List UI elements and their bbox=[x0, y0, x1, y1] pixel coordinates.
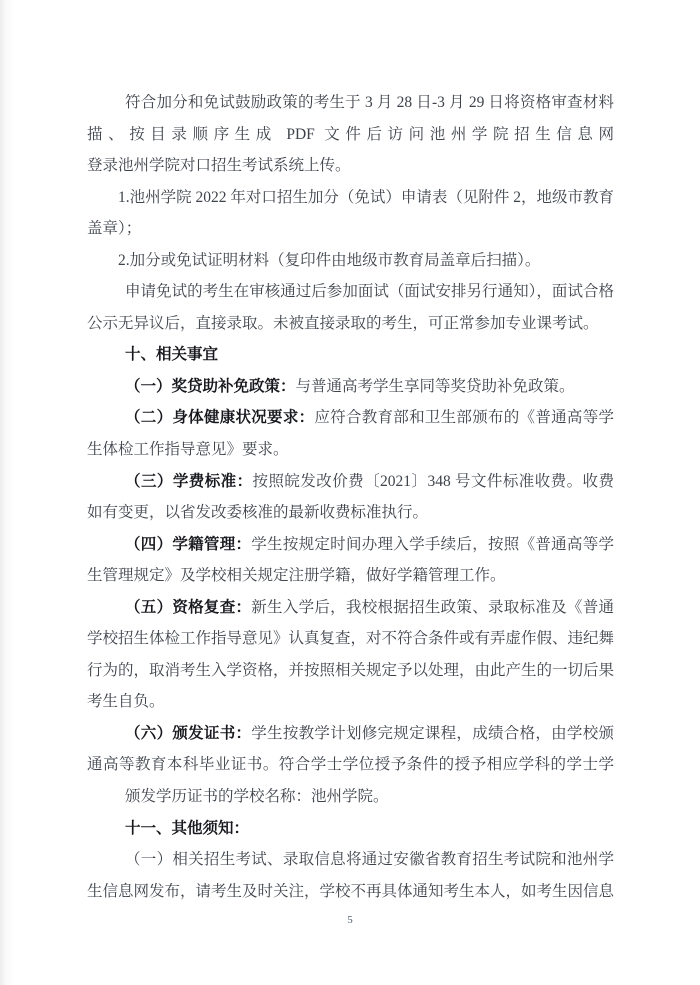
text-line: 申请免试的考生在审核通过后参加面试（面试安排另行通知），面试合格经 bbox=[87, 276, 614, 308]
text-line: 符合加分和免试鼓励政策的考生于 3 月 28 日-3 月 29 日将资格审查材料… bbox=[87, 87, 614, 119]
bold-text: （六）颁发证书： bbox=[125, 725, 251, 742]
body-text: 通高等教育本科毕业证书。符合学士学位授予条件的授予相应学科的学士学位。 bbox=[87, 756, 614, 781]
text-line: 描、按目录顺序生成 PDF 文件后访问池州学院招生信息网（http://zs.c… bbox=[87, 119, 614, 151]
text-line: 十一、其他须知： bbox=[87, 813, 614, 845]
body-text: 行为的，取消考生入学资格，并按照相关规定予以处理，由此产生的一切后果由 bbox=[87, 662, 614, 687]
bold-text: 十一、其他须知： bbox=[125, 820, 249, 837]
paragraph: （一）奖贷助补免政策：与普通高考学生享同等奖贷助补免政策。 bbox=[87, 371, 614, 403]
bold-text: （三）学费标准： bbox=[125, 473, 253, 490]
text-line: 公示无异议后，直接录取。未被直接录取的考生，可正常参加专业课考试。 bbox=[87, 308, 614, 340]
body-text: 生管理规定》及学校相关规定注册学籍，做好学籍管理工作。 bbox=[87, 567, 506, 584]
bold-text: （一）奖贷助补免政策： bbox=[125, 378, 296, 395]
body-text: 生信息网发布，请考生及时关注，学校不再具体通知考生本人，如考生因信息未 bbox=[87, 883, 614, 908]
paragraph: （三）学费标准：按照皖发改价费〔2021〕348 号文件标准收费。收费标准如有变… bbox=[87, 466, 614, 529]
text-line: 生信息网发布，请考生及时关注，学校不再具体通知考生本人，如考生因信息未 bbox=[87, 876, 614, 908]
text-line: 考生自负。 bbox=[87, 686, 614, 718]
text-line: （二）身体健康状况要求：应符合教育部和卫生部颁布的《普通高等学校招 bbox=[87, 402, 614, 434]
text-line: 1.池州学院 2022 年对口招生加分（免试）申请表（见附件 2，地级市教育局 bbox=[87, 182, 614, 214]
body-text: 描、按目录顺序生成 PDF 文件后访问池州学院招生信息网（http://zs.c… bbox=[87, 126, 614, 151]
text-line: 生体检工作指导意见》要求。 bbox=[87, 434, 614, 466]
text-line: 行为的，取消考生入学资格，并按照相关规定予以处理，由此产生的一切后果由 bbox=[87, 655, 614, 687]
body-text: 学校招生体检工作指导意见》认真复查，对不符合条件或有弄虚作假、违纪舞弊 bbox=[87, 630, 614, 655]
bold-text: （二）身体健康状况要求： bbox=[125, 409, 314, 426]
text-line: （四）学籍管理：学生按规定时间办理入学手续后，按照《普通高等学校学 bbox=[87, 529, 614, 561]
bold-text: 十、相关事宜 bbox=[125, 346, 218, 363]
paragraph: （五）资格复查：新生入学后，我校根据招生政策、录取标准及《普通高等学校招生体检工… bbox=[87, 592, 614, 718]
body-text: 生体检工作指导意见》要求。 bbox=[87, 441, 289, 458]
text-line: 颁发学历证书的学校名称：池州学院。 bbox=[87, 781, 614, 813]
body-text: 颁发学历证书的学校名称：池州学院。 bbox=[125, 788, 389, 805]
body-text: 符合加分和免试鼓励政策的考生于 3 月 28 日-3 月 29 日将资格审查材料… bbox=[87, 94, 614, 119]
paragraph: 颁发学历证书的学校名称：池州学院。 bbox=[87, 781, 614, 813]
document-page: 符合加分和免试鼓励政策的考生于 3 月 28 日-3 月 29 日将资格审查材料… bbox=[0, 0, 700, 985]
body-text: 考生自负。 bbox=[87, 693, 165, 710]
body-text: （一）相关招生考试、录取信息将通过安徽省教育招生考试院和池州学院招 bbox=[87, 851, 614, 876]
text-line: （三）学费标准：按照皖发改价费〔2021〕348 号文件标准收费。收费标准 bbox=[87, 466, 614, 498]
body-text: 申请免试的考生在审核通过后参加面试（面试安排另行通知），面试合格经 bbox=[87, 283, 614, 308]
paragraph: （二）身体健康状况要求：应符合教育部和卫生部颁布的《普通高等学校招生体检工作指导… bbox=[87, 402, 614, 465]
bold-text: （五）资格复查： bbox=[125, 599, 251, 616]
paragraph: （一）相关招生考试、录取信息将通过安徽省教育招生考试院和池州学院招生信息网发布，… bbox=[87, 844, 614, 907]
paragraph: （四）学籍管理：学生按规定时间办理入学手续后，按照《普通高等学校学生管理规定》及… bbox=[87, 529, 614, 592]
text-line: 十、相关事宜 bbox=[87, 339, 614, 371]
body-text: 1.池州学院 2022 年对口招生加分（免试）申请表（见附件 2，地级市教育局 bbox=[87, 189, 614, 214]
section-heading: 十、相关事宜 bbox=[87, 339, 614, 371]
body-text: 与普通高考学生享同等奖贷助补免政策。 bbox=[296, 378, 575, 395]
body-text: 如有变更，以省发改委核准的最新收费标准执行。 bbox=[87, 504, 428, 521]
bold-text: （四）学籍管理： bbox=[125, 536, 251, 553]
paragraph: 2.加分或免试证明材料（复印件由地级市教育局盖章后扫描）。 bbox=[87, 245, 614, 277]
paragraph: （六）颁发证书：学生按教学计划修完规定课程，成绩合格，由学校颁发普通高等教育本科… bbox=[87, 718, 614, 781]
text-line: 登录池州学院对口招生考试系统上传。 bbox=[87, 150, 614, 182]
body-text: 公示无异议后，直接录取。未被直接录取的考生，可正常参加专业课考试。 bbox=[87, 315, 599, 332]
paragraph: 符合加分和免试鼓励政策的考生于 3 月 28 日-3 月 29 日将资格审查材料… bbox=[87, 87, 614, 182]
text-line: 盖章）； bbox=[87, 213, 614, 245]
paragraph: 1.池州学院 2022 年对口招生加分（免试）申请表（见附件 2，地级市教育局盖… bbox=[87, 182, 614, 245]
text-line: （六）颁发证书：学生按教学计划修完规定课程，成绩合格，由学校颁发普 bbox=[87, 718, 614, 750]
text-line: 通高等教育本科毕业证书。符合学士学位授予条件的授予相应学科的学士学位。 bbox=[87, 749, 614, 781]
page-number: 5 bbox=[0, 913, 700, 927]
text-line: 生管理规定》及学校相关规定注册学籍，做好学籍管理工作。 bbox=[87, 560, 614, 592]
body-text: 盖章）； bbox=[87, 220, 141, 237]
text-line: （一）奖贷助补免政策：与普通高考学生享同等奖贷助补免政策。 bbox=[87, 371, 614, 403]
document-body: 符合加分和免试鼓励政策的考生于 3 月 28 日-3 月 29 日将资格审查材料… bbox=[87, 87, 614, 907]
text-line: 如有变更，以省发改委核准的最新收费标准执行。 bbox=[87, 497, 614, 529]
text-line: 2.加分或免试证明材料（复印件由地级市教育局盖章后扫描）。 bbox=[87, 245, 614, 277]
paragraph: 申请免试的考生在审核通过后参加面试（面试安排另行通知），面试合格经公示无异议后，… bbox=[87, 276, 614, 339]
section-heading: 十一、其他须知： bbox=[87, 813, 614, 845]
text-line: 学校招生体检工作指导意见》认真复查，对不符合条件或有弄虚作假、违纪舞弊 bbox=[87, 623, 614, 655]
body-text: 2.加分或免试证明材料（复印件由地级市教育局盖章后扫描）。 bbox=[118, 252, 540, 269]
text-line: （五）资格复查：新生入学后，我校根据招生政策、录取标准及《普通高等 bbox=[87, 592, 614, 624]
body-text: 登录池州学院对口招生考试系统上传。 bbox=[87, 157, 351, 174]
text-line: （一）相关招生考试、录取信息将通过安徽省教育招生考试院和池州学院招 bbox=[87, 844, 614, 876]
